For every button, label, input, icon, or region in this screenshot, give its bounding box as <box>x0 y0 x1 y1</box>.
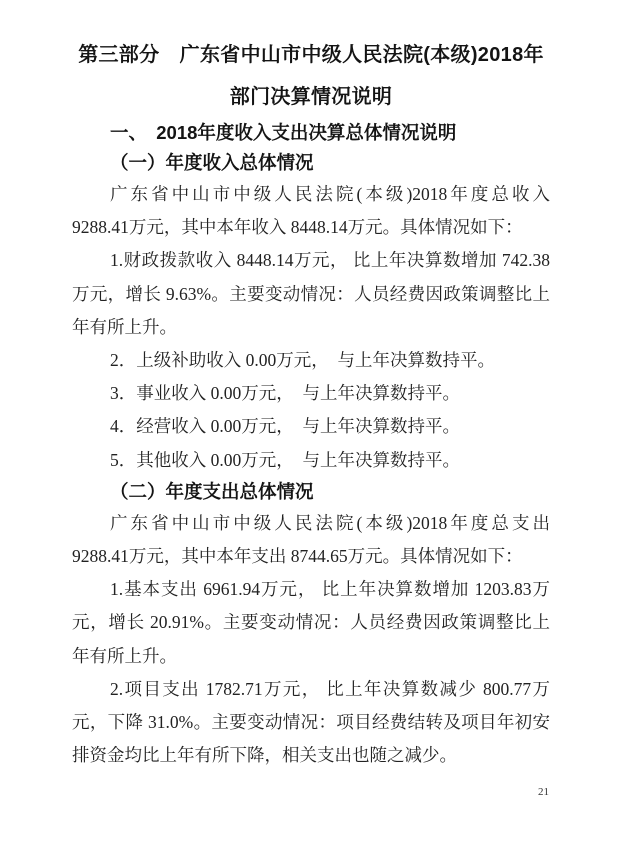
income-section-heading: （一）年度收入总体情况 <box>72 148 550 178</box>
expenditure-item-basic: 1.基本支出 6961.94万元， 比上年决算数增加 1203.83万元，增长 … <box>72 573 550 673</box>
income-item-superior-subsidy: 2．上级补助收入 0.00万元， 与上年决算数持平。 <box>72 344 550 377</box>
expenditure-item-project: 2.项目支出 1782.71万元， 比上年决算数减少 800.77万元，下降 3… <box>72 673 550 773</box>
section-heading-overview: 一、 2018年度收入支出决算总体情况说明 <box>72 118 550 148</box>
document-content: 第三部分 广东省中山市中级人民法院(本级)2018年部门决算情况说明 一、 20… <box>72 34 550 772</box>
income-item-business: 3．事业收入 0.00万元， 与上年决算数持平。 <box>72 377 550 410</box>
income-item-operating: 4．经营收入 0.00万元， 与上年决算数持平。 <box>72 410 550 443</box>
expenditure-section-heading: （二）年度支出总体情况 <box>72 477 550 507</box>
page-number: 21 <box>538 786 549 798</box>
expenditure-intro-paragraph: 广东省中山市中级人民法院(本级)2018年度总支出 9288.41万元，其中本年… <box>72 507 550 573</box>
income-intro-paragraph: 广东省中山市中级人民法院(本级)2018年度总收入 9288.41万元，其中本年… <box>72 178 550 244</box>
document-title: 第三部分 广东省中山市中级人民法院(本级)2018年部门决算情况说明 <box>72 34 550 118</box>
income-item-fiscal-appropriation: 1.财政拨款收入 8448.14万元， 比上年决算数增加 742.38万元，增长… <box>72 244 550 344</box>
income-item-other: 5．其他收入 0.00万元， 与上年决算数持平。 <box>72 444 550 477</box>
document-page: 第三部分 广东省中山市中级人民法院(本级)2018年部门决算情况说明 一、 20… <box>0 0 625 844</box>
